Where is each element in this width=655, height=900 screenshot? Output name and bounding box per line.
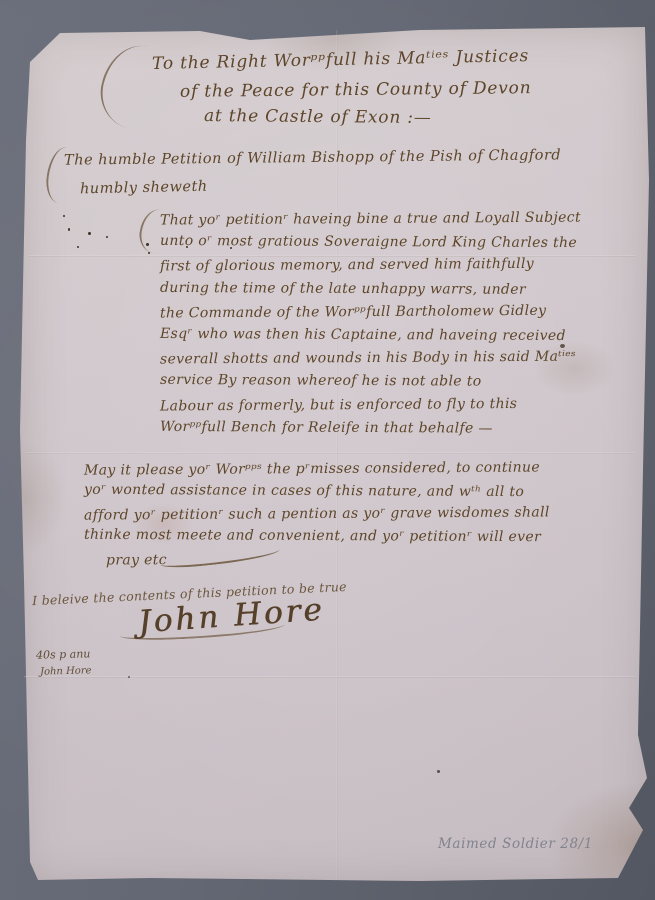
body-line: during the time of the late unhappy warr…	[160, 277, 581, 302]
photograph-of-petition: To the Right Worᵖᵖfull his Maᵗⁱᵉˢ Justic…	[0, 0, 655, 900]
body-line: the Commande of the Worᵖᵖfull Bartholome…	[160, 299, 581, 325]
body-line: Worᵖᵖfull Bench for Releife in that beha…	[160, 416, 581, 441]
body-line: unto oʳ most gratious Soveraigne Lord Ki…	[160, 230, 581, 255]
petition-heading-line: at the Castle of Exon :—	[204, 106, 432, 128]
body-line: Esqʳ who was then his Captaine, and have…	[160, 323, 581, 348]
clerk-name-note: John Hore	[40, 665, 92, 677]
pension-award-note: 40s p anu	[36, 647, 91, 661]
body-line: Labour as formerly, but is enforced to f…	[160, 392, 581, 418]
sheweth-line: humbly sheweth	[80, 179, 208, 198]
body-line: severall shotts and wounds in his Body i…	[160, 346, 581, 372]
body-line: That yoʳ petitionʳ haveing bine a true a…	[160, 207, 581, 233]
prayer-line: afford yoʳ petitionʳ such a pention as y…	[84, 501, 550, 527]
body-line: first of glorious memory, and served him…	[160, 253, 581, 279]
body-line: service By reason whereof he is not able…	[160, 369, 581, 394]
prayer-line: pray etc	[106, 546, 550, 572]
prayer-paragraph: May it please yoʳ Worᵖᵖˢ the pʳmisses co…	[84, 458, 550, 570]
prayer-line: thinke most meete and convenient, and yo…	[84, 524, 550, 549]
petition-body-paragraph: That yoʳ petitionʳ haveing bine a true a…	[160, 208, 581, 440]
petition-heading-line: of the Peace for this County of Devon	[180, 78, 532, 102]
archival-pencil-note: Maimed Soldier 28/1	[438, 836, 593, 852]
prayer-line: yoʳ wonted assistance in cases of this n…	[84, 479, 550, 504]
